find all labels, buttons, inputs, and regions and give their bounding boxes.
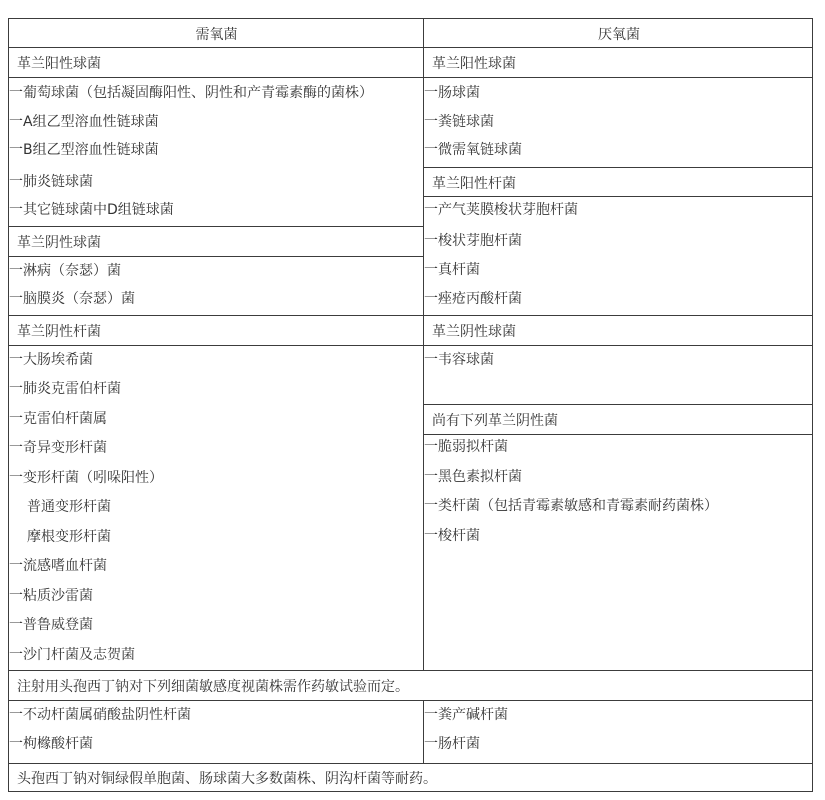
section-title-aerobic-gram-pos-cocci: 革兰阳性球菌 xyxy=(9,48,423,77)
list-item: 一粘质沙雷菌 xyxy=(9,586,93,606)
list-item: 一流感嗜血杆菌 xyxy=(9,556,107,576)
aerobic-gram-pos-cocci-list: 一葡萄球菌（包括凝固酶阳性、阴性和产青霉素酶的菌株） 一A组乙型溶血性链球菌 一… xyxy=(9,78,423,227)
note-sensitivity: 注射用头孢西丁钠对下列细菌敏感度视菌株需作药敏试验而定。 xyxy=(9,671,812,700)
list-item: 一脆弱拟杆菌 xyxy=(424,437,508,457)
list-item: 一大肠埃希菌 xyxy=(9,350,93,370)
list-item: 一梭状芽胞杆菌 xyxy=(424,231,522,251)
anaerobic-gram-neg-cocci-list: 一韦容球菌 xyxy=(424,346,812,404)
list-item: 一不动杆菌属硝酸盐阴性杆菌 xyxy=(9,705,191,725)
list-item: 一真杆菌 xyxy=(424,260,480,280)
aerobic-gram-neg-cocci-list: 一淋病（奈瑟）菌 一脑膜炎（奈瑟）菌 xyxy=(9,257,423,315)
anaerobic-gram-pos-bacilli-list: 一产气荚膜梭状芽胞杆菌 一梭状芽胞杆菌 一真杆菌 一痤疮丙酸杆菌 xyxy=(424,197,812,315)
anaerobic-gram-pos-cocci-list: 一肠球菌 一粪链球菌 一微需氧链球菌 xyxy=(424,78,812,167)
list-item: 普通变形杆菌 xyxy=(27,497,111,517)
list-item: 一肠球菌 xyxy=(424,83,480,103)
section-title-anaerobic-gram-pos-cocci: 革兰阳性球菌 xyxy=(424,48,812,77)
section-title-aerobic-gram-neg-cocci: 革兰阴性球菌 xyxy=(9,227,423,256)
anaerobic-other-gram-neg-list: 一脆弱拟杆菌 一黑色素拟杆菌 一类杆菌（包括青霉素敏感和青霉素耐药菌株） 一梭杆… xyxy=(424,435,812,670)
list-item: 一普鲁威登菌 xyxy=(9,615,93,635)
list-item: 一微需氧链球菌 xyxy=(424,140,522,160)
section-title-anaerobic-gram-neg-cocci: 革兰阴性球菌 xyxy=(424,316,812,345)
header-aerobic: 需氧菌 xyxy=(9,19,424,48)
list-item: 一B组乙型溶血性链球菌 xyxy=(9,140,159,160)
list-item: 一韦容球菌 xyxy=(424,350,494,370)
list-item: 一粪产碱杆菌 xyxy=(424,705,508,725)
list-item: 一变形杆菌（吲哚阳性） xyxy=(9,468,163,488)
list-item: 一其它链球菌中D组链球菌 xyxy=(9,200,174,220)
section-title-anaerobic-gram-pos-bacilli: 革兰阳性杆菌 xyxy=(424,168,812,197)
aerobic-gram-neg-bacilli-list: 一大肠埃希菌 一肺炎克雷伯杆菌 一克雷伯杆菌属 一奇异变形杆菌 一变形杆菌（吲哚… xyxy=(9,346,423,670)
list-item: 一克雷伯杆菌属 xyxy=(9,409,107,429)
list-item: 一奇异变形杆菌 xyxy=(9,438,107,458)
list-item: 一A组乙型溶血性链球菌 xyxy=(9,112,159,132)
section-title-aerobic-gram-neg-bacilli: 革兰阴性杆菌 xyxy=(9,316,423,345)
list-item: 一肺炎克雷伯杆菌 xyxy=(9,379,121,399)
list-item: 一肠杆菌 xyxy=(424,734,480,754)
list-item: 一枸橼酸杆菌 xyxy=(9,734,93,754)
variable-right-list: 一粪产碱杆菌 一肠杆菌 xyxy=(424,701,812,763)
section-title-anaerobic-other-gram-neg: 尚有下列革兰阴性菌 xyxy=(424,405,812,434)
bacteria-spectrum-table: 需氧菌 厌氧菌 革兰阳性球菌 一葡萄球菌（包括凝固酶阳性、阴性和产青霉素酶的菌株… xyxy=(8,18,813,792)
list-item: 一粪链球菌 xyxy=(424,112,494,132)
variable-left-list: 一不动杆菌属硝酸盐阴性杆菌 一枸橼酸杆菌 xyxy=(9,701,423,763)
list-item: 摩根变形杆菌 xyxy=(27,527,111,547)
note-resistance: 头孢西丁钠对铜绿假单胞菌、肠球菌大多数菌株、阴沟杆菌等耐药。 xyxy=(9,764,812,791)
list-item: 一沙门杆菌及志贺菌 xyxy=(9,645,135,665)
header-anaerobic: 厌氧菌 xyxy=(425,19,813,48)
list-item: 一类杆菌（包括青霉素敏感和青霉素耐药菌株） xyxy=(424,496,718,516)
list-item: 一产气荚膜梭状芽胞杆菌 xyxy=(424,200,578,220)
list-item: 一梭杆菌 xyxy=(424,526,480,546)
list-item: 一痤疮丙酸杆菌 xyxy=(424,289,522,309)
list-item: 一葡萄球菌（包括凝固酶阳性、阴性和产青霉素酶的菌株） xyxy=(9,83,373,103)
list-item: 一脑膜炎（奈瑟）菌 xyxy=(9,289,135,309)
list-item: 一黑色素拟杆菌 xyxy=(424,467,522,487)
list-item: 一肺炎链球菌 xyxy=(9,172,93,192)
list-item: 一淋病（奈瑟）菌 xyxy=(9,261,121,281)
